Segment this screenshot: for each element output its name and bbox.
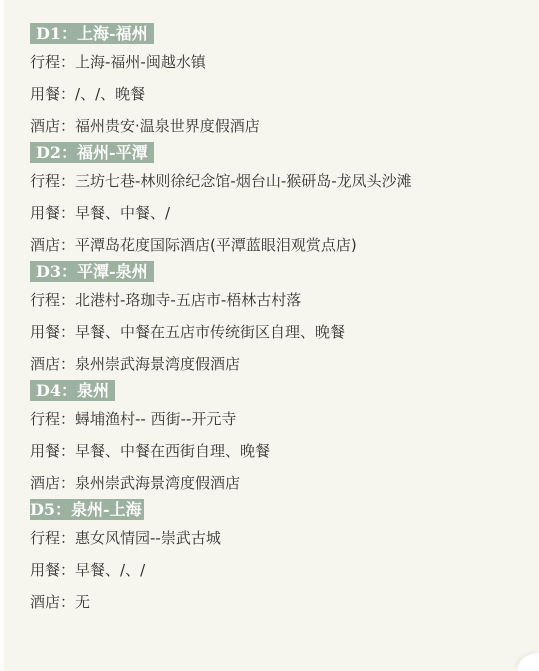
hotel-label: 酒店： xyxy=(30,474,75,492)
meals-label: 用餐： xyxy=(30,85,75,103)
meals-value: /、/、晚餐 xyxy=(75,85,145,103)
meals-label: 用餐： xyxy=(30,442,75,460)
route-value: 蟳埔渔村-- 西街--开元寺 xyxy=(75,410,236,428)
meals-value: 早餐、中餐在五店市传统街区自理、晚餐 xyxy=(75,323,345,341)
day-3-meals: 用餐：早餐、中餐在五店市传统街区自理、晚餐 xyxy=(30,316,530,348)
day-2-header: D2：福州-平潭 xyxy=(30,142,154,163)
meals-label: 用餐： xyxy=(30,561,75,579)
meals-value: 早餐、中餐在西街自理、晚餐 xyxy=(75,442,270,460)
day-4-hotel: 酒店：泉州崇武海景湾度假酒店 xyxy=(30,467,530,499)
day-1-hotel: 酒店：福州贵安·温泉世界度假酒店 xyxy=(30,110,530,142)
day-4-meals: 用餐：早餐、中餐在西街自理、晚餐 xyxy=(30,435,530,467)
day-3-header: D3：平潭-泉州 xyxy=(30,261,154,282)
hotel-value: 泉州崇武海景湾度假酒店 xyxy=(75,474,240,492)
hotel-label: 酒店： xyxy=(30,355,75,373)
page-background: D1：上海-福州 行程：上海-福州-闽越水镇 用餐：/、/、晚餐 酒店：福州贵安… xyxy=(4,0,539,671)
day-5-meals: 用餐：早餐、/、/ xyxy=(30,554,530,586)
day-1-meals: 用餐：/、/、晚餐 xyxy=(30,78,530,110)
hotel-label: 酒店： xyxy=(30,117,75,135)
hotel-label: 酒店： xyxy=(30,236,75,254)
route-value: 三坊七巷-林则徐纪念馆-烟台山-猴研岛-龙凤头沙滩 xyxy=(75,172,412,190)
route-value: 惠女风情园--崇武古城 xyxy=(75,529,221,547)
hotel-value: 平潭岛花度国际酒店(平潭蓝眼泪观赏点店) xyxy=(75,236,357,254)
meals-value: 早餐、中餐、/ xyxy=(75,204,170,222)
itinerary-content: D1：上海-福州 行程：上海-福州-闽越水镇 用餐：/、/、晚餐 酒店：福州贵安… xyxy=(30,23,530,618)
day-3-route: 行程：北港村-珞珈寺-五店市-梧林古村落 xyxy=(30,284,530,316)
day-5-hotel: 酒店：无 xyxy=(30,586,530,618)
day-2-meals: 用餐：早餐、中餐、/ xyxy=(30,197,530,229)
route-label: 行程： xyxy=(30,53,75,71)
route-label: 行程： xyxy=(30,410,75,428)
day-4-header: D4：泉州 xyxy=(30,380,115,401)
day-5-route: 行程：惠女风情园--崇武古城 xyxy=(30,522,530,554)
route-label: 行程： xyxy=(30,172,75,190)
day-2-route: 行程：三坊七巷-林则徐纪念馆-烟台山-猴研岛-龙凤头沙滩 xyxy=(30,165,530,197)
day-4-route: 行程：蟳埔渔村-- 西街--开元寺 xyxy=(30,403,530,435)
day-4-section: D4：泉州 行程：蟳埔渔村-- 西街--开元寺 用餐：早餐、中餐在西街自理、晚餐… xyxy=(30,380,530,499)
hotel-value: 泉州崇武海景湾度假酒店 xyxy=(75,355,240,373)
route-label: 行程： xyxy=(30,291,75,309)
meals-label: 用餐： xyxy=(30,323,75,341)
day-1-header: D1：上海-福州 xyxy=(30,23,154,44)
page-curl-decoration xyxy=(517,653,539,671)
day-3-section: D3：平潭-泉州 行程：北港村-珞珈寺-五店市-梧林古村落 用餐：早餐、中餐在五… xyxy=(30,261,530,380)
route-label: 行程： xyxy=(30,529,75,547)
day-2-hotel: 酒店：平潭岛花度国际酒店(平潭蓝眼泪观赏点店) xyxy=(30,229,530,261)
day-2-section: D2：福州-平潭 行程：三坊七巷-林则徐纪念馆-烟台山-猴研岛-龙凤头沙滩 用餐… xyxy=(30,142,530,261)
meals-value: 早餐、/、/ xyxy=(75,561,145,579)
day-5-header: D5：泉州-上海 xyxy=(30,499,144,520)
day-3-hotel: 酒店：泉州崇武海景湾度假酒店 xyxy=(30,348,530,380)
hotel-value: 福州贵安·温泉世界度假酒店 xyxy=(75,117,260,135)
hotel-value: 无 xyxy=(75,593,90,611)
day-5-section: D5：泉州-上海 行程：惠女风情园--崇武古城 用餐：早餐、/、/ 酒店：无 xyxy=(30,499,530,618)
meals-label: 用餐： xyxy=(30,204,75,222)
route-value: 上海-福州-闽越水镇 xyxy=(75,53,206,71)
hotel-label: 酒店： xyxy=(30,593,75,611)
day-1-section: D1：上海-福州 行程：上海-福州-闽越水镇 用餐：/、/、晚餐 酒店：福州贵安… xyxy=(30,23,530,142)
route-value: 北港村-珞珈寺-五店市-梧林古村落 xyxy=(75,291,301,309)
day-1-route: 行程：上海-福州-闽越水镇 xyxy=(30,46,530,78)
